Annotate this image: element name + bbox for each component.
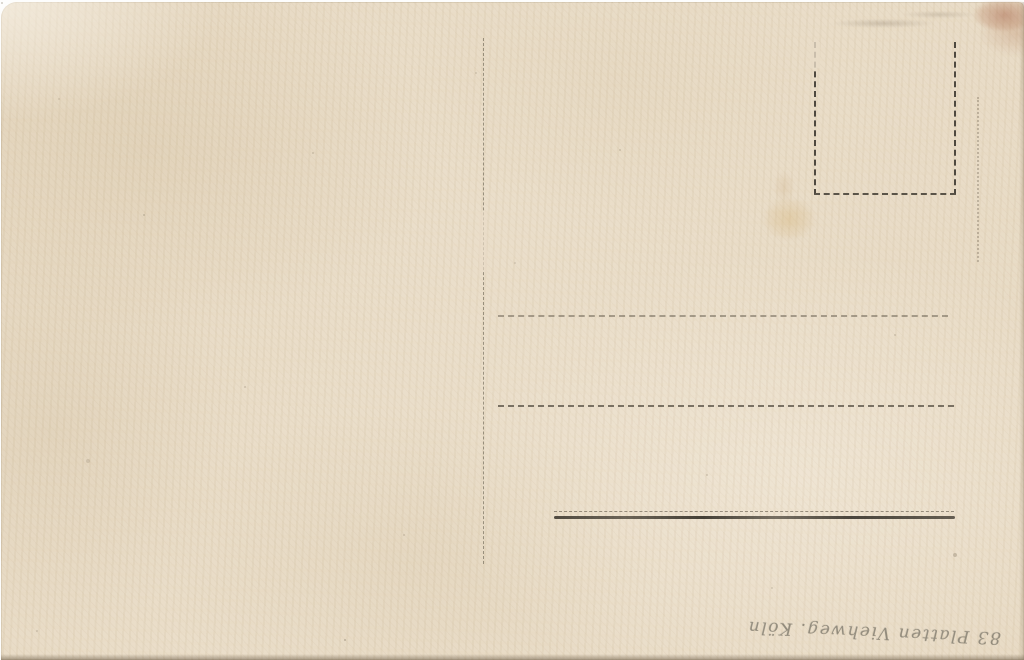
stamp-box-outer-line [977,97,979,262]
address-line-3-faint [554,511,954,512]
center-divider-line [483,38,484,564]
corner-highlight [1,2,221,122]
stamp-box-top-fade [810,42,820,68]
address-line-2 [498,405,954,407]
postcard-back: 83 Platten Viehweg. Köln [1,2,1024,660]
paper-speckles [1,2,3,4]
bottom-edge-shadow [1,654,1024,660]
address-line-3-dark [554,516,955,519]
faint-blush-stain [771,167,797,207]
address-line-1 [498,315,948,317]
stamp-box [814,42,956,195]
right-edge-shadow [1019,2,1024,660]
center-divider-fade [479,212,487,272]
rust-stain-top-right [946,2,1024,60]
